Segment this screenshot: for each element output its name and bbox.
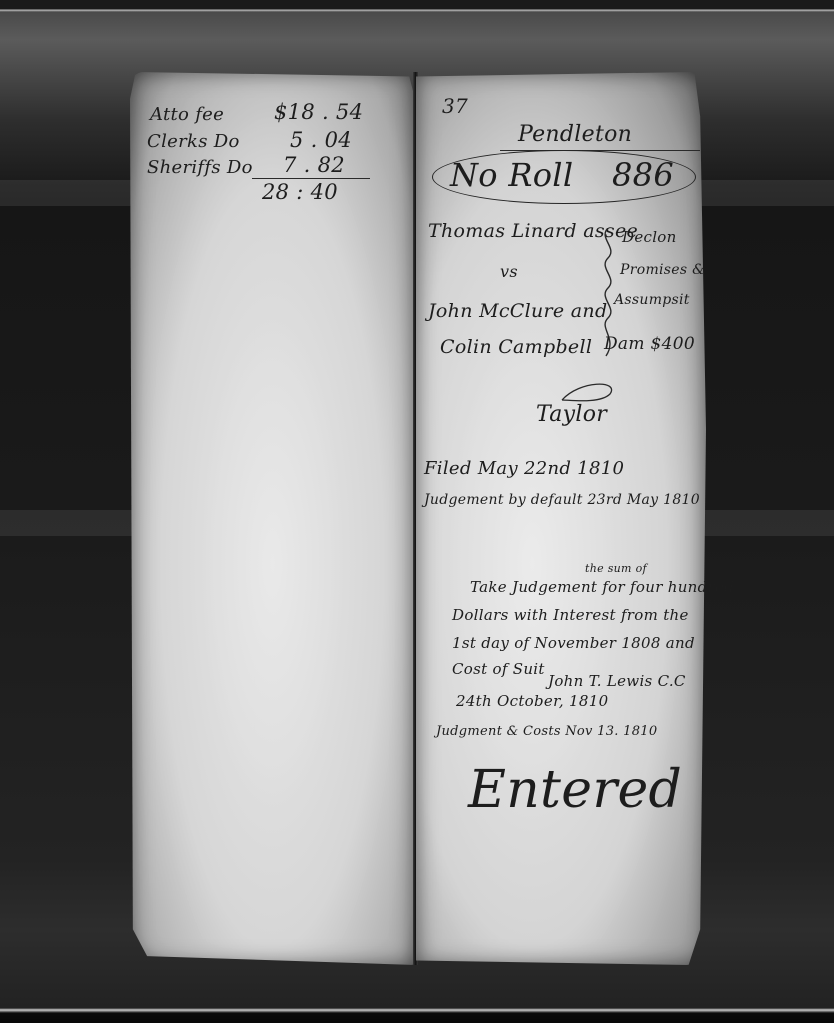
roll-number: 886 bbox=[612, 156, 674, 194]
judgment-line-2: Dollars with Interest from the bbox=[452, 606, 689, 624]
total-rule bbox=[252, 178, 370, 179]
left-page bbox=[130, 72, 415, 965]
action-promises: Promises & bbox=[620, 262, 705, 278]
page-number: 37 bbox=[442, 94, 468, 118]
judgment-insertion: the sum of bbox=[585, 562, 647, 575]
fee-amount-attorney: $18 . 54 bbox=[274, 100, 363, 124]
action-damages: Dam $400 bbox=[604, 334, 695, 354]
filed-date: Filed May 22nd 1810 bbox=[424, 458, 624, 479]
attorney-flourish bbox=[560, 380, 620, 410]
judgment-by-default: Judgement by default 23rd May 1810 bbox=[424, 492, 700, 508]
judgment-line-4: Cost of Suit bbox=[452, 660, 545, 678]
judgment-costs: Judgment & Costs Nov 13. 1810 bbox=[436, 724, 657, 739]
fee-label-clerks: Clerks Do bbox=[147, 131, 240, 152]
signature-date: 24th October, 1810 bbox=[456, 692, 608, 710]
judgment-line-3: 1st day of November 1808 and bbox=[452, 634, 695, 652]
fee-total: 28 : 40 bbox=[262, 180, 338, 204]
county-name: Pendleton bbox=[518, 122, 632, 147]
defendant-2: Colin Campbell bbox=[440, 336, 592, 358]
fee-label-attorney: Atto fee bbox=[150, 104, 224, 125]
defendant-1: John McClure and bbox=[428, 300, 607, 322]
versus: vs bbox=[500, 262, 518, 281]
entered-stamp: Entered bbox=[468, 760, 682, 820]
fee-amount-sheriffs: 7 . 82 bbox=[283, 153, 345, 177]
action-assumpsit: Assumpsit bbox=[614, 292, 690, 308]
judgment-line-1: Take Judgement for four hundred bbox=[470, 578, 734, 596]
action-declaration: Declon bbox=[622, 228, 677, 246]
roll-label: No Roll bbox=[450, 156, 573, 194]
fee-label-sheriffs: Sheriffs Do bbox=[147, 157, 253, 178]
clerk-signature: John T. Lewis C.C bbox=[548, 672, 686, 690]
fee-amount-clerks: 5 . 04 bbox=[290, 128, 352, 152]
right-page bbox=[416, 72, 706, 965]
